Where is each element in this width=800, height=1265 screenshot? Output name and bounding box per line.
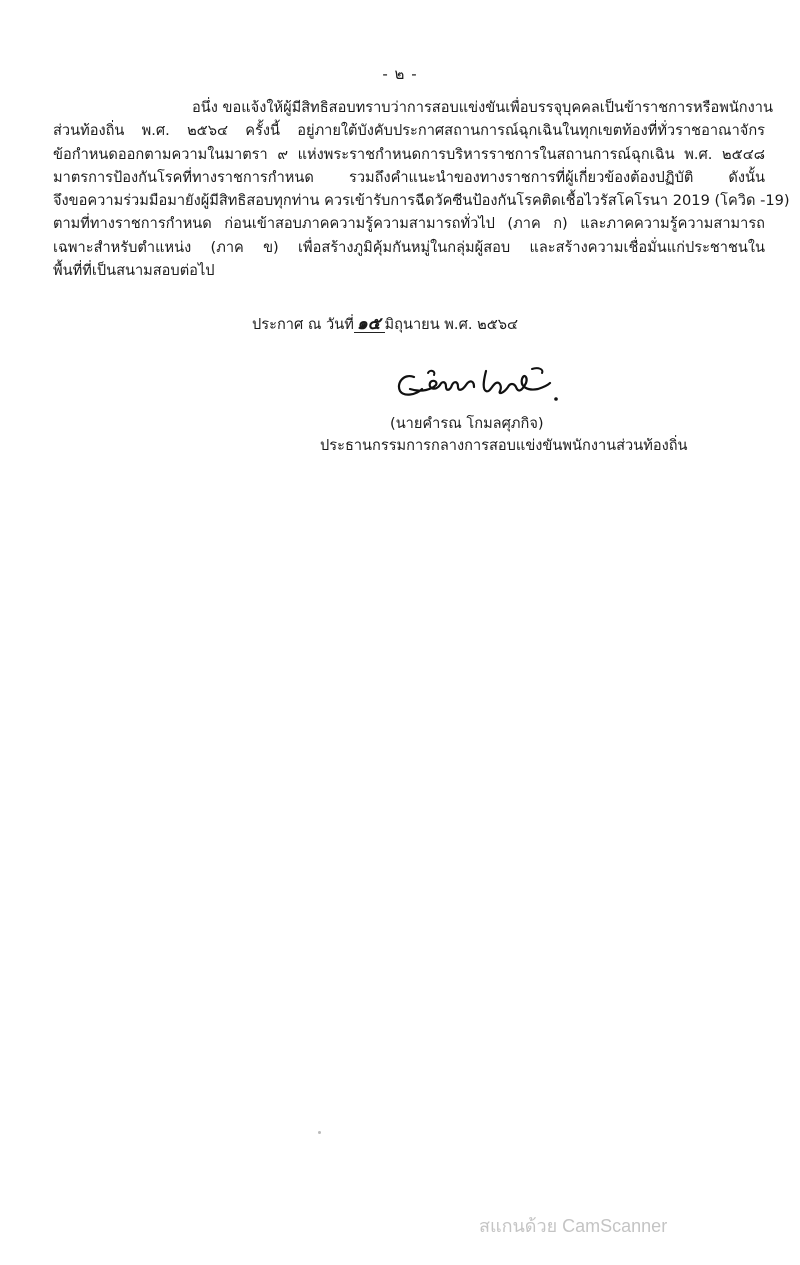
body-line: ตามที่ทางราชการกำหนด ก่อนเข้าสอบภาคความร… bbox=[53, 212, 765, 235]
signature-icon bbox=[392, 363, 572, 405]
signer-name: (นายคำรณ โกมลศุภกิจ) bbox=[390, 412, 544, 435]
camscanner-watermark: สแกนด้วย CamScanner bbox=[479, 1211, 667, 1240]
announcement-date: ประกาศ ณ วันที่๑๕มิถุนายน พ.ศ. ๒๕๖๔ bbox=[252, 313, 518, 336]
handwritten-day: ๑๕ bbox=[354, 316, 385, 333]
scan-speck bbox=[318, 1131, 321, 1134]
body-line: มาตรการป้องกันโรคที่ทางราชการกำหนด รวมถึ… bbox=[53, 166, 765, 189]
body-line: พื้นที่ที่เป็นสนามสอบต่อไป bbox=[53, 259, 765, 282]
body-line: เฉพาะสำหรับตำแหน่ง (ภาค ข) เพื่อสร้างภูม… bbox=[53, 236, 765, 259]
body-paragraph: อนึ่ง ขอแจ้งให้ผู้มีสิทธิสอบทราบว่าการสอ… bbox=[53, 96, 765, 282]
body-line: จึงขอความร่วมมือมายังผู้มีสิทธิสอบทุกท่า… bbox=[53, 189, 765, 212]
body-line: อนึ่ง ขอแจ้งให้ผู้มีสิทธิสอบทราบว่าการสอ… bbox=[53, 96, 765, 119]
announcement-prefix: ประกาศ ณ วันที่ bbox=[252, 316, 354, 333]
page-number: - ๒ - bbox=[0, 62, 800, 86]
signer-title: ประธานกรรมการกลางการสอบแข่งขันพนักงานส่ว… bbox=[320, 434, 688, 457]
body-line: ข้อกำหนดออกตามความในมาตรา ๙ แห่งพระราชกำ… bbox=[53, 143, 765, 166]
body-line: ส่วนท้องถิ่น พ.ศ. ๒๕๖๔ ครั้งนี้ อยู่ภายใ… bbox=[53, 119, 765, 142]
announcement-suffix: มิถุนายน พ.ศ. ๒๕๖๔ bbox=[385, 316, 519, 333]
